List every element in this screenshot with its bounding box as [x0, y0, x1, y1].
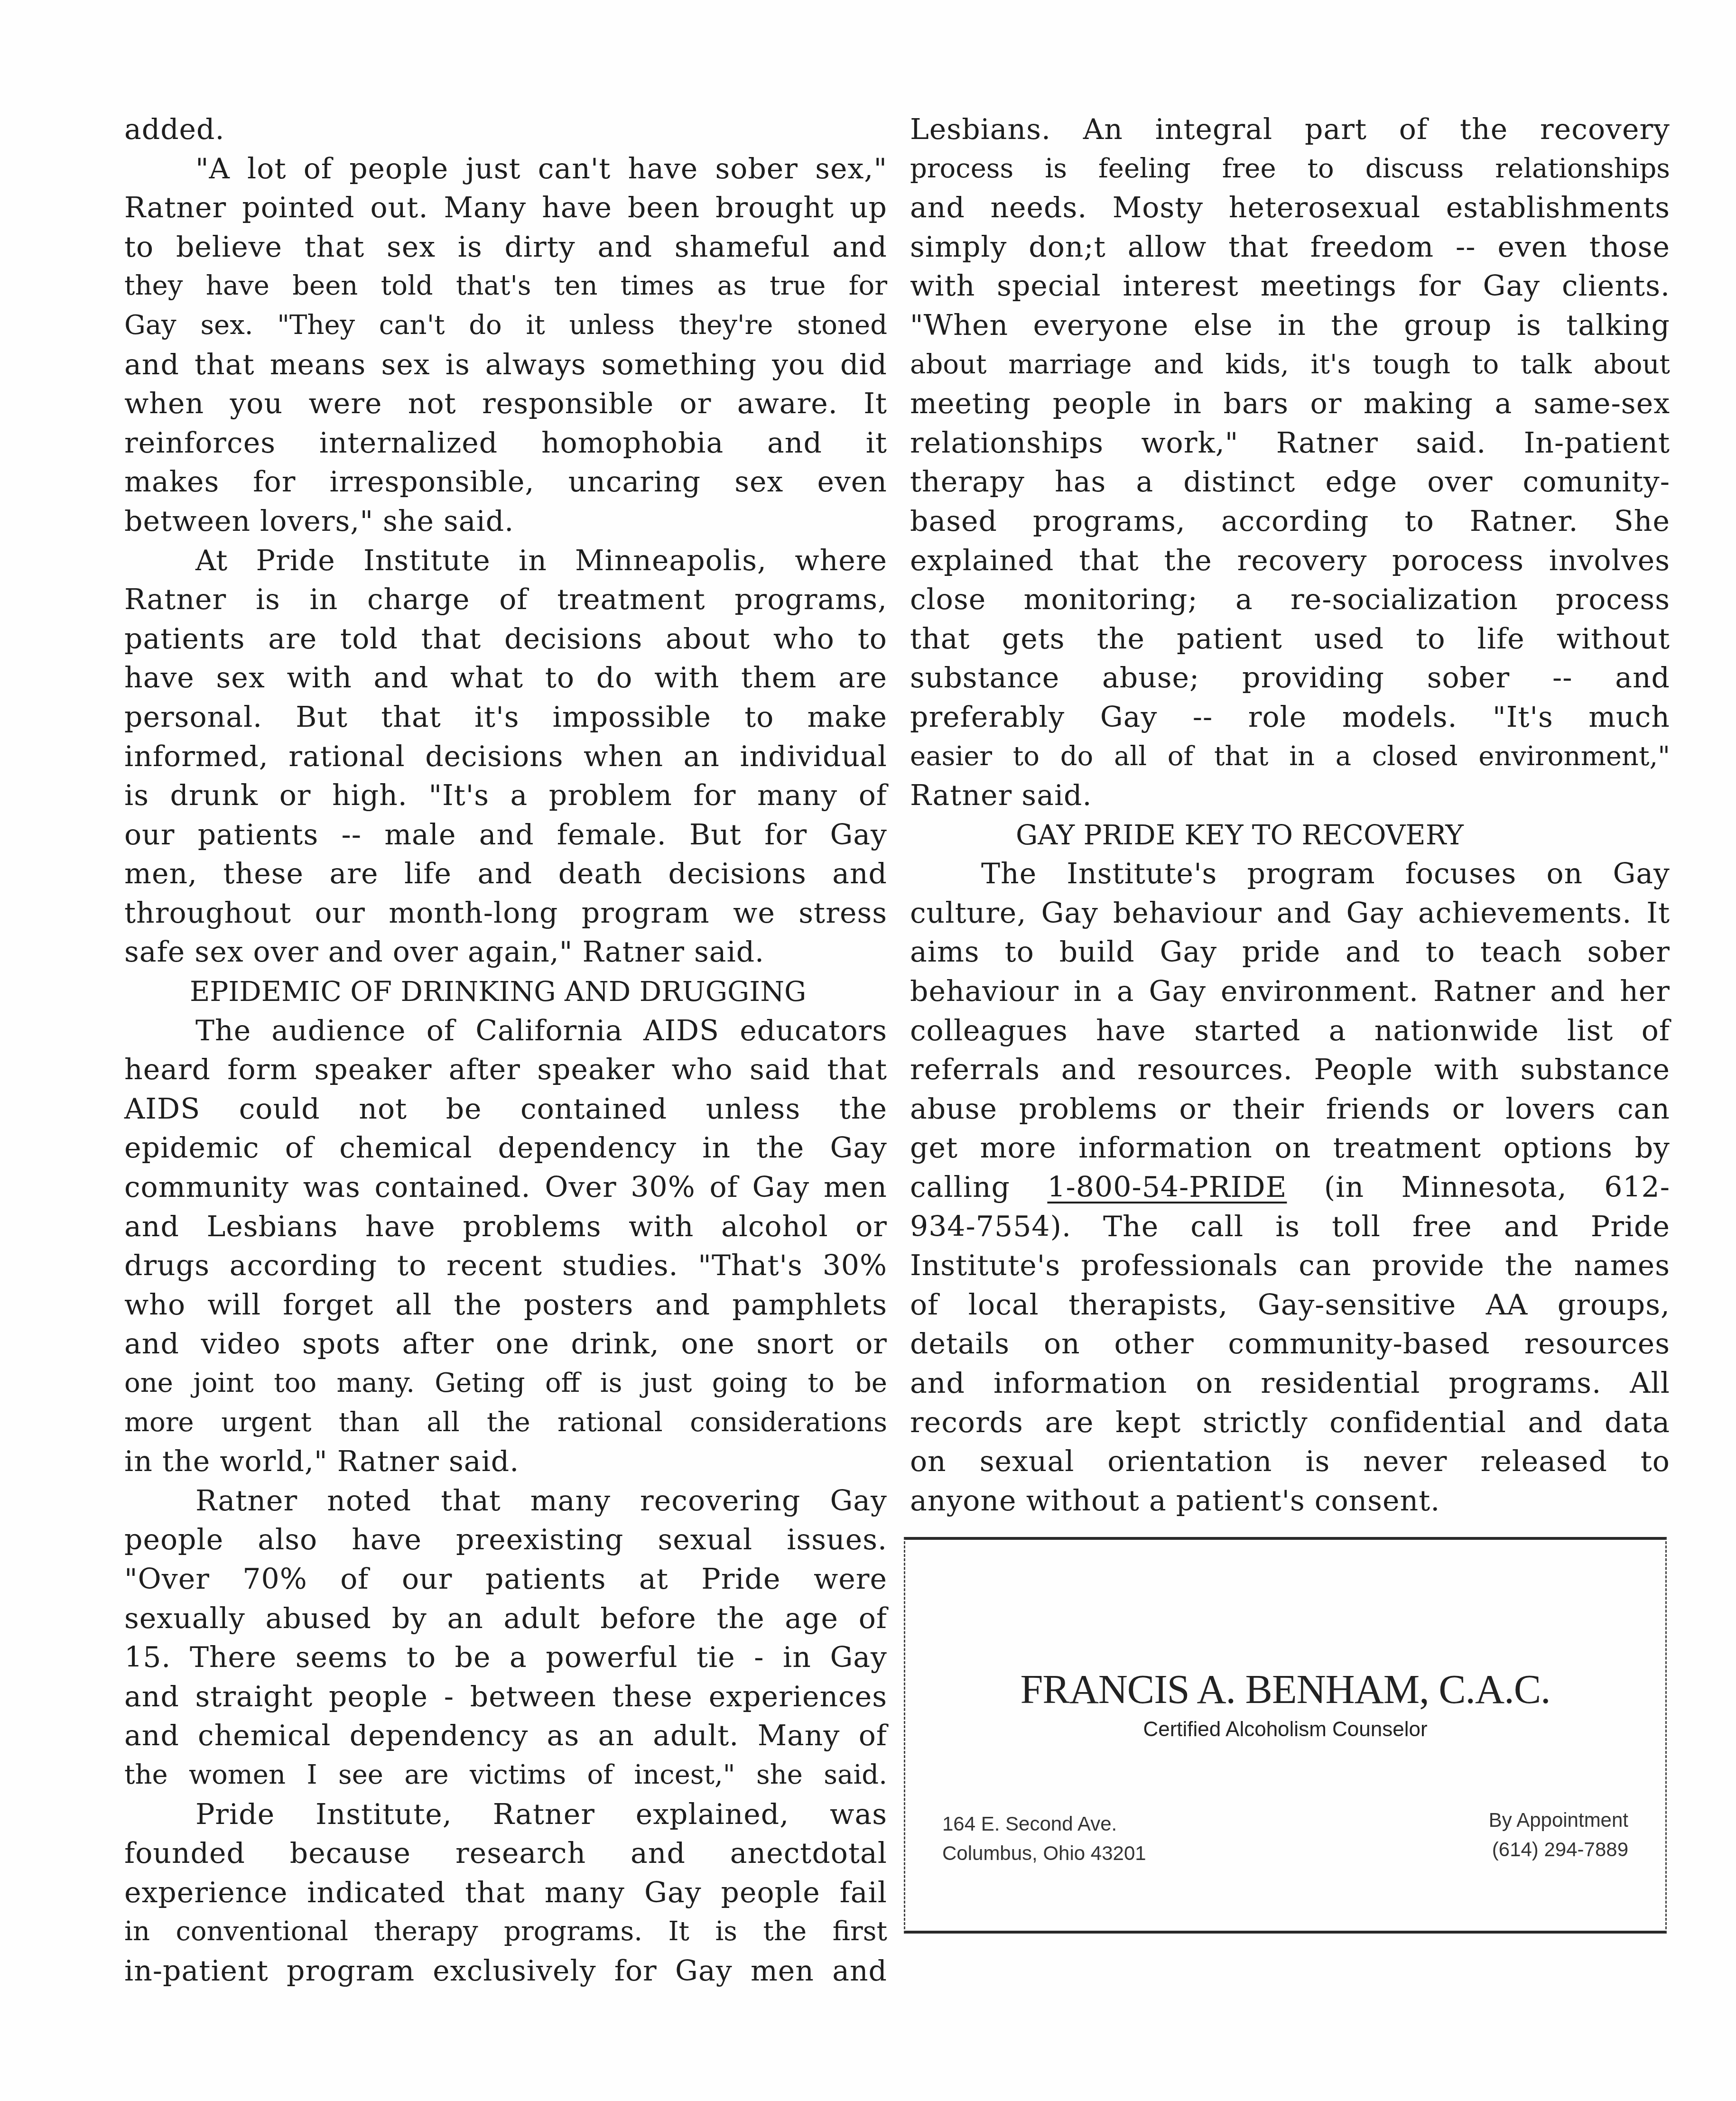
ad-availability: By Appointment — [1489, 1805, 1628, 1835]
paragraph-line: to believe that sex is dirty and shamefu… — [124, 228, 887, 267]
paragraph-line: close monitoring; a re-socialization pro… — [910, 580, 1670, 620]
paragraph-line: culture, Gay behaviour and Gay achieveme… — [910, 894, 1670, 933]
paragraph-first-line: The Institute's program focuses on Gay — [910, 854, 1670, 894]
paragraph-first-line: At Pride Institute in Minneapolis, where — [124, 541, 887, 581]
paragraph-line: heard form speaker after speaker who sai… — [124, 1050, 887, 1090]
article-column-left: added."A lot of people just can't have s… — [124, 110, 887, 1991]
paragraph-line: between lovers," she said. — [124, 502, 887, 541]
paragraph-line: on sexual orientation is never released … — [910, 1442, 1670, 1481]
paragraph-line: Ratner is in charge of treatment program… — [124, 580, 887, 620]
paragraph-line: informed, rational decisions when an ind… — [124, 737, 887, 777]
paragraph-first-line: Pride Institute, Ratner explained, was — [124, 1795, 887, 1834]
paragraph-line: one joint too many. Geting off is just g… — [124, 1364, 887, 1403]
paragraph-line: and needs. Mosty heterosexual establishm… — [910, 188, 1670, 228]
ad-address: 164 E. Second Ave. Columbus, Ohio 43201 — [942, 1809, 1146, 1868]
paragraph-line: and chemical dependency as an adult. Man… — [124, 1716, 887, 1756]
paragraph-line: abuse problems or their friends or lover… — [910, 1090, 1670, 1129]
paragraph-line: men, these are life and death decisions … — [124, 854, 887, 894]
paragraph-line: about marriage and kids, it's tough to t… — [910, 345, 1670, 385]
paragraph-line: and Lesbians have problems with alcohol … — [124, 1207, 887, 1247]
paragraph-line: anyone without a patient's consent. — [910, 1481, 1670, 1521]
paragraph-line: calling 1-800-54-PRIDE (in Minnesota, 61… — [910, 1168, 1670, 1207]
ad-address-street: 164 E. Second Ave. — [942, 1809, 1146, 1839]
paragraph-first-line: The audience of California AIDS educator… — [124, 1011, 887, 1051]
paragraph-line: Institute's professionals can provide th… — [910, 1246, 1670, 1286]
paragraph-line: of local therapists, Gay-sensitive AA gr… — [910, 1286, 1670, 1325]
paragraph-line: details on other community-based resourc… — [910, 1324, 1670, 1364]
paragraph-line: get more information on treatment option… — [910, 1129, 1670, 1168]
ad-counselor-title: Certified Alcoholism Counselor — [905, 1718, 1665, 1741]
ad-address-city: Columbus, Ohio 43201 — [942, 1839, 1146, 1868]
paragraph-line: makes for irresponsible, uncaring sex ev… — [124, 463, 887, 502]
paragraph-line: when you were not responsible or aware. … — [124, 384, 887, 424]
section-heading: GAY PRIDE KEY TO RECOVERY — [910, 815, 1670, 855]
paragraph-line: is drunk or high. "It's a problem for ma… — [124, 776, 887, 815]
paragraph-line: meeting people in bars or making a same-… — [910, 384, 1670, 424]
paragraph-line: founded because research and anectdotal — [124, 1834, 887, 1873]
paragraph-line: and information on residential programs.… — [910, 1364, 1670, 1403]
paragraph-line: colleagues have started a nationwide lis… — [910, 1011, 1670, 1051]
paragraph-line: Ratner said. — [910, 776, 1670, 815]
paragraph-line: substance abuse; providing sober -- and — [910, 658, 1670, 698]
ad-contact: By Appointment (614) 294-7889 — [1489, 1805, 1628, 1864]
paragraph-line: records are kept strictly confidential a… — [910, 1403, 1670, 1443]
paragraph-line: "Over 70% of our patients at Pride were — [124, 1560, 887, 1599]
paragraph-line: experience indicated that many Gay peopl… — [124, 1873, 887, 1913]
newspaper-page: added."A lot of people just can't have s… — [0, 0, 1736, 2101]
ad-counselor-name: FRANCIS A. BENHAM, C.A.C. — [905, 1666, 1665, 1713]
paragraph-line: who will forget all the posters and pamp… — [124, 1286, 887, 1325]
paragraph-line: in the world," Ratner said. — [124, 1442, 887, 1481]
paragraph-line: added. — [124, 110, 887, 149]
paragraph-line: aims to build Gay pride and to teach sob… — [910, 933, 1670, 972]
paragraph-line: AIDS could not be contained unless the — [124, 1090, 887, 1129]
paragraph-line: have sex with and what to do with them a… — [124, 658, 887, 698]
paragraph-line: the women I see are victims of incest," … — [124, 1756, 887, 1795]
paragraph-line: more urgent than all the rational consid… — [124, 1403, 887, 1443]
paragraph-line: based programs, according to Ratner. She — [910, 502, 1670, 541]
advertisement-box: FRANCIS A. BENHAM, C.A.C. Certified Alco… — [904, 1537, 1667, 1934]
hotline-number: 1-800-54-PRIDE — [1047, 1171, 1287, 1204]
paragraph-line: they have been told that's ten times as … — [124, 267, 887, 306]
paragraph-line: Gay sex. "They can't do it unless they'r… — [124, 306, 887, 345]
paragraph-line: safe sex over and over again," Ratner sa… — [124, 933, 887, 972]
paragraph-line: Ratner pointed out. Many have been broug… — [124, 188, 887, 228]
paragraph-line: referrals and resources. People with sub… — [910, 1050, 1670, 1090]
paragraph-line: "When everyone else in the group is talk… — [910, 306, 1670, 345]
paragraph-line: relationships work," Ratner said. In-pat… — [910, 424, 1670, 463]
section-heading: EPIDEMIC OF DRINKING AND DRUGGING — [124, 972, 887, 1011]
paragraph-line: epidemic of chemical dependency in the G… — [124, 1129, 887, 1168]
paragraph-line: easier to do all of that in a closed env… — [910, 737, 1670, 777]
paragraph-first-line: Ratner noted that many recovering Gay — [124, 1481, 887, 1521]
paragraph-first-line: "A lot of people just can't have sober s… — [124, 149, 887, 189]
paragraph-line: community was contained. Over 30% of Gay… — [124, 1168, 887, 1207]
paragraph-line: reinforces internalized homophobia and i… — [124, 424, 887, 463]
paragraph-line: simply don;t allow that freedom -- even … — [910, 228, 1670, 267]
paragraph-line: people also have preexisting sexual issu… — [124, 1520, 887, 1560]
paragraph-line: in-patient program exclusively for Gay m… — [124, 1952, 887, 1991]
paragraph-line: in conventional therapy programs. It is … — [124, 1912, 887, 1952]
paragraph-line: and that means sex is always something y… — [124, 345, 887, 385]
paragraph-line: and video spots after one drink, one sno… — [124, 1324, 887, 1364]
paragraph-line: Lesbians. An integral part of the recove… — [910, 110, 1670, 149]
article-column-right: Lesbians. An integral part of the recove… — [910, 110, 1670, 1520]
paragraph-line: that gets the patient used to life witho… — [910, 620, 1670, 659]
paragraph-line: process is feeling free to discuss relat… — [910, 149, 1670, 189]
paragraph-line: sexually abused by an adult before the a… — [124, 1599, 887, 1638]
paragraph-line: our patients -- male and female. But for… — [124, 815, 887, 855]
paragraph-line: therapy has a distinct edge over comunit… — [910, 463, 1670, 502]
paragraph-line: with special interest meetings for Gay c… — [910, 267, 1670, 306]
paragraph-line: 934-7554). The call is toll free and Pri… — [910, 1207, 1670, 1247]
paragraph-line: preferably Gay -- role models. "It's muc… — [910, 698, 1670, 737]
paragraph-line: drugs according to recent studies. "That… — [124, 1246, 887, 1286]
paragraph-line: behaviour in a Gay environment. Ratner a… — [910, 972, 1670, 1011]
paragraph-line: patients are told that decisions about w… — [124, 620, 887, 659]
ad-phone: (614) 294-7889 — [1489, 1835, 1628, 1864]
paragraph-line: explained that the recovery porocess inv… — [910, 541, 1670, 581]
paragraph-line: and straight people - between these expe… — [124, 1677, 887, 1717]
paragraph-line: 15. There seems to be a powerful tie - i… — [124, 1638, 887, 1677]
paragraph-line: throughout our month-long program we str… — [124, 894, 887, 933]
paragraph-line: personal. But that it's impossible to ma… — [124, 698, 887, 737]
